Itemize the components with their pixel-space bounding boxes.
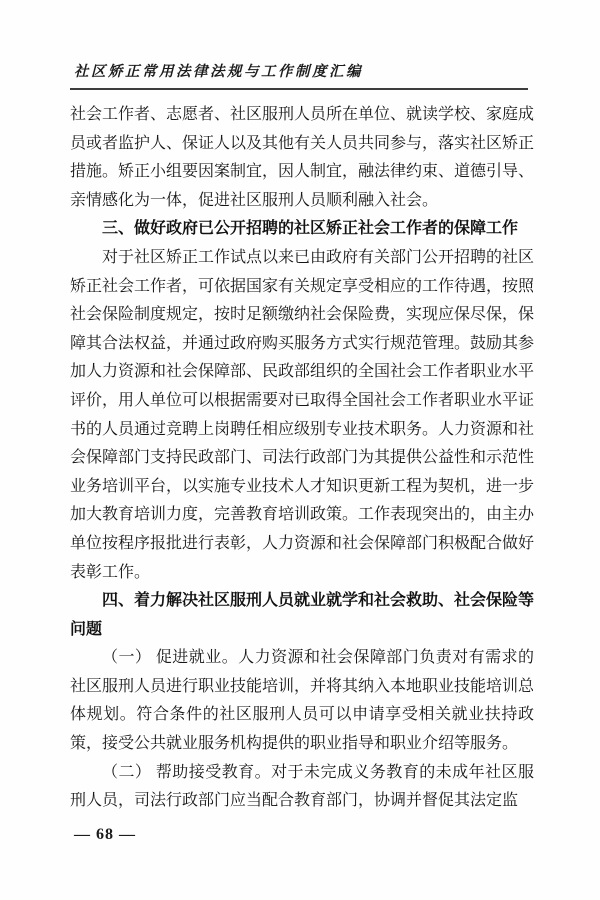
body-paragraph-section-3: 对于社区矫正工作试点以来已由政府有关部门公开招聘的社区矫正社会工作者，可依据国家… [70,244,534,587]
body-paragraph-promote-employment: （一） 促进就业。人力资源和社会保障部门负责对有需求的社区服刑人员进行职业技能培… [70,644,534,758]
section-heading-3: 三、做好政府已公开招聘的社区矫正社会工作者的保障工作 [70,215,534,244]
section-heading-4: 四、着力解决社区服刑人员就业就学和社会救助、社会保险等问题 [70,587,534,644]
running-header-title: 社区矫正常用法律法规与工作制度汇编 [74,60,363,81]
body-paragraph-help-education: （二） 帮助接受教育。对于未完成义务教育的未成年社区服刑人员，司法行政部门应当配… [70,759,534,816]
page-body: 社会工作者、志愿者、社区服刑人员所在单位、就读学校、家庭成员或者监护人、保证人以… [70,101,534,816]
book-page: 社区矫正常用法律法规与工作制度汇编 社会工作者、志愿者、社区服刑人员所在单位、就… [0,0,600,900]
header-rule [70,88,528,90]
page-number: — 68 — [74,826,136,844]
body-paragraph-continuation: 社会工作者、志愿者、社区服刑人员所在单位、就读学校、家庭成员或者监护人、保证人以… [70,101,534,215]
